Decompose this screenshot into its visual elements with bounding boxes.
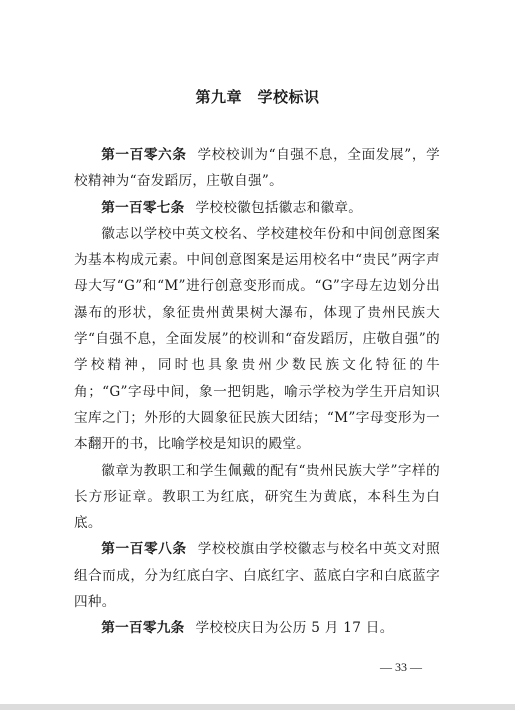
chapter-title: 第九章 学校标识 <box>0 86 515 107</box>
document-page: 第九章 学校标识 第一百零六条学校校训为“自强不息，全面发展”，学校精神为“奋发… <box>0 0 515 704</box>
paragraph-text: 徽章为教职工和学生佩戴的配有“贵州民族大学”字样的长方形证章。教职工为红底，研究… <box>74 463 440 532</box>
paragraph-text: 徽志以学校中英文校名、学校建校年份和中间创意图案为基本构成元素。中间创意图案是运… <box>74 226 440 452</box>
article-number: 第一百零八条 <box>101 541 187 557</box>
page-number: — 33 — <box>380 660 422 675</box>
badge-description: 徽章为教职工和学生佩戴的配有“贵州民族大学”字样的长方形证章。教职工为红底，研究… <box>74 458 440 537</box>
emblem-description: 徽志以学校中英文校名、学校建校年份和中间创意图案为基本构成元素。中间创意图案是运… <box>74 221 440 458</box>
article-text: 学校校庆日为公历 5 月 17 日。 <box>195 620 393 636</box>
article-number: 第一百零七条 <box>101 200 184 216</box>
article-number: 第一百零九条 <box>101 620 184 636</box>
page-bottom-edge <box>0 704 515 710</box>
article-106: 第一百零六条学校校训为“自强不息，全面发展”，学校精神为“奋发蹈厉，庄敬自强”。 <box>74 142 440 195</box>
article-108: 第一百零八条学校校旗由学校徽志与校名中英文对照组合而成，分为红底白字、白底红字、… <box>74 536 440 615</box>
article-107: 第一百零七条学校校徽包括徽志和徽章。 <box>74 195 440 221</box>
document-body: 第一百零六条学校校训为“自强不息，全面发展”，学校精神为“奋发蹈厉，庄敬自强”。… <box>74 142 440 642</box>
article-109: 第一百零九条学校校庆日为公历 5 月 17 日。 <box>74 615 440 641</box>
article-text: 学校校徽包括徽志和徽章。 <box>195 200 362 216</box>
article-number: 第一百零六条 <box>101 147 186 163</box>
